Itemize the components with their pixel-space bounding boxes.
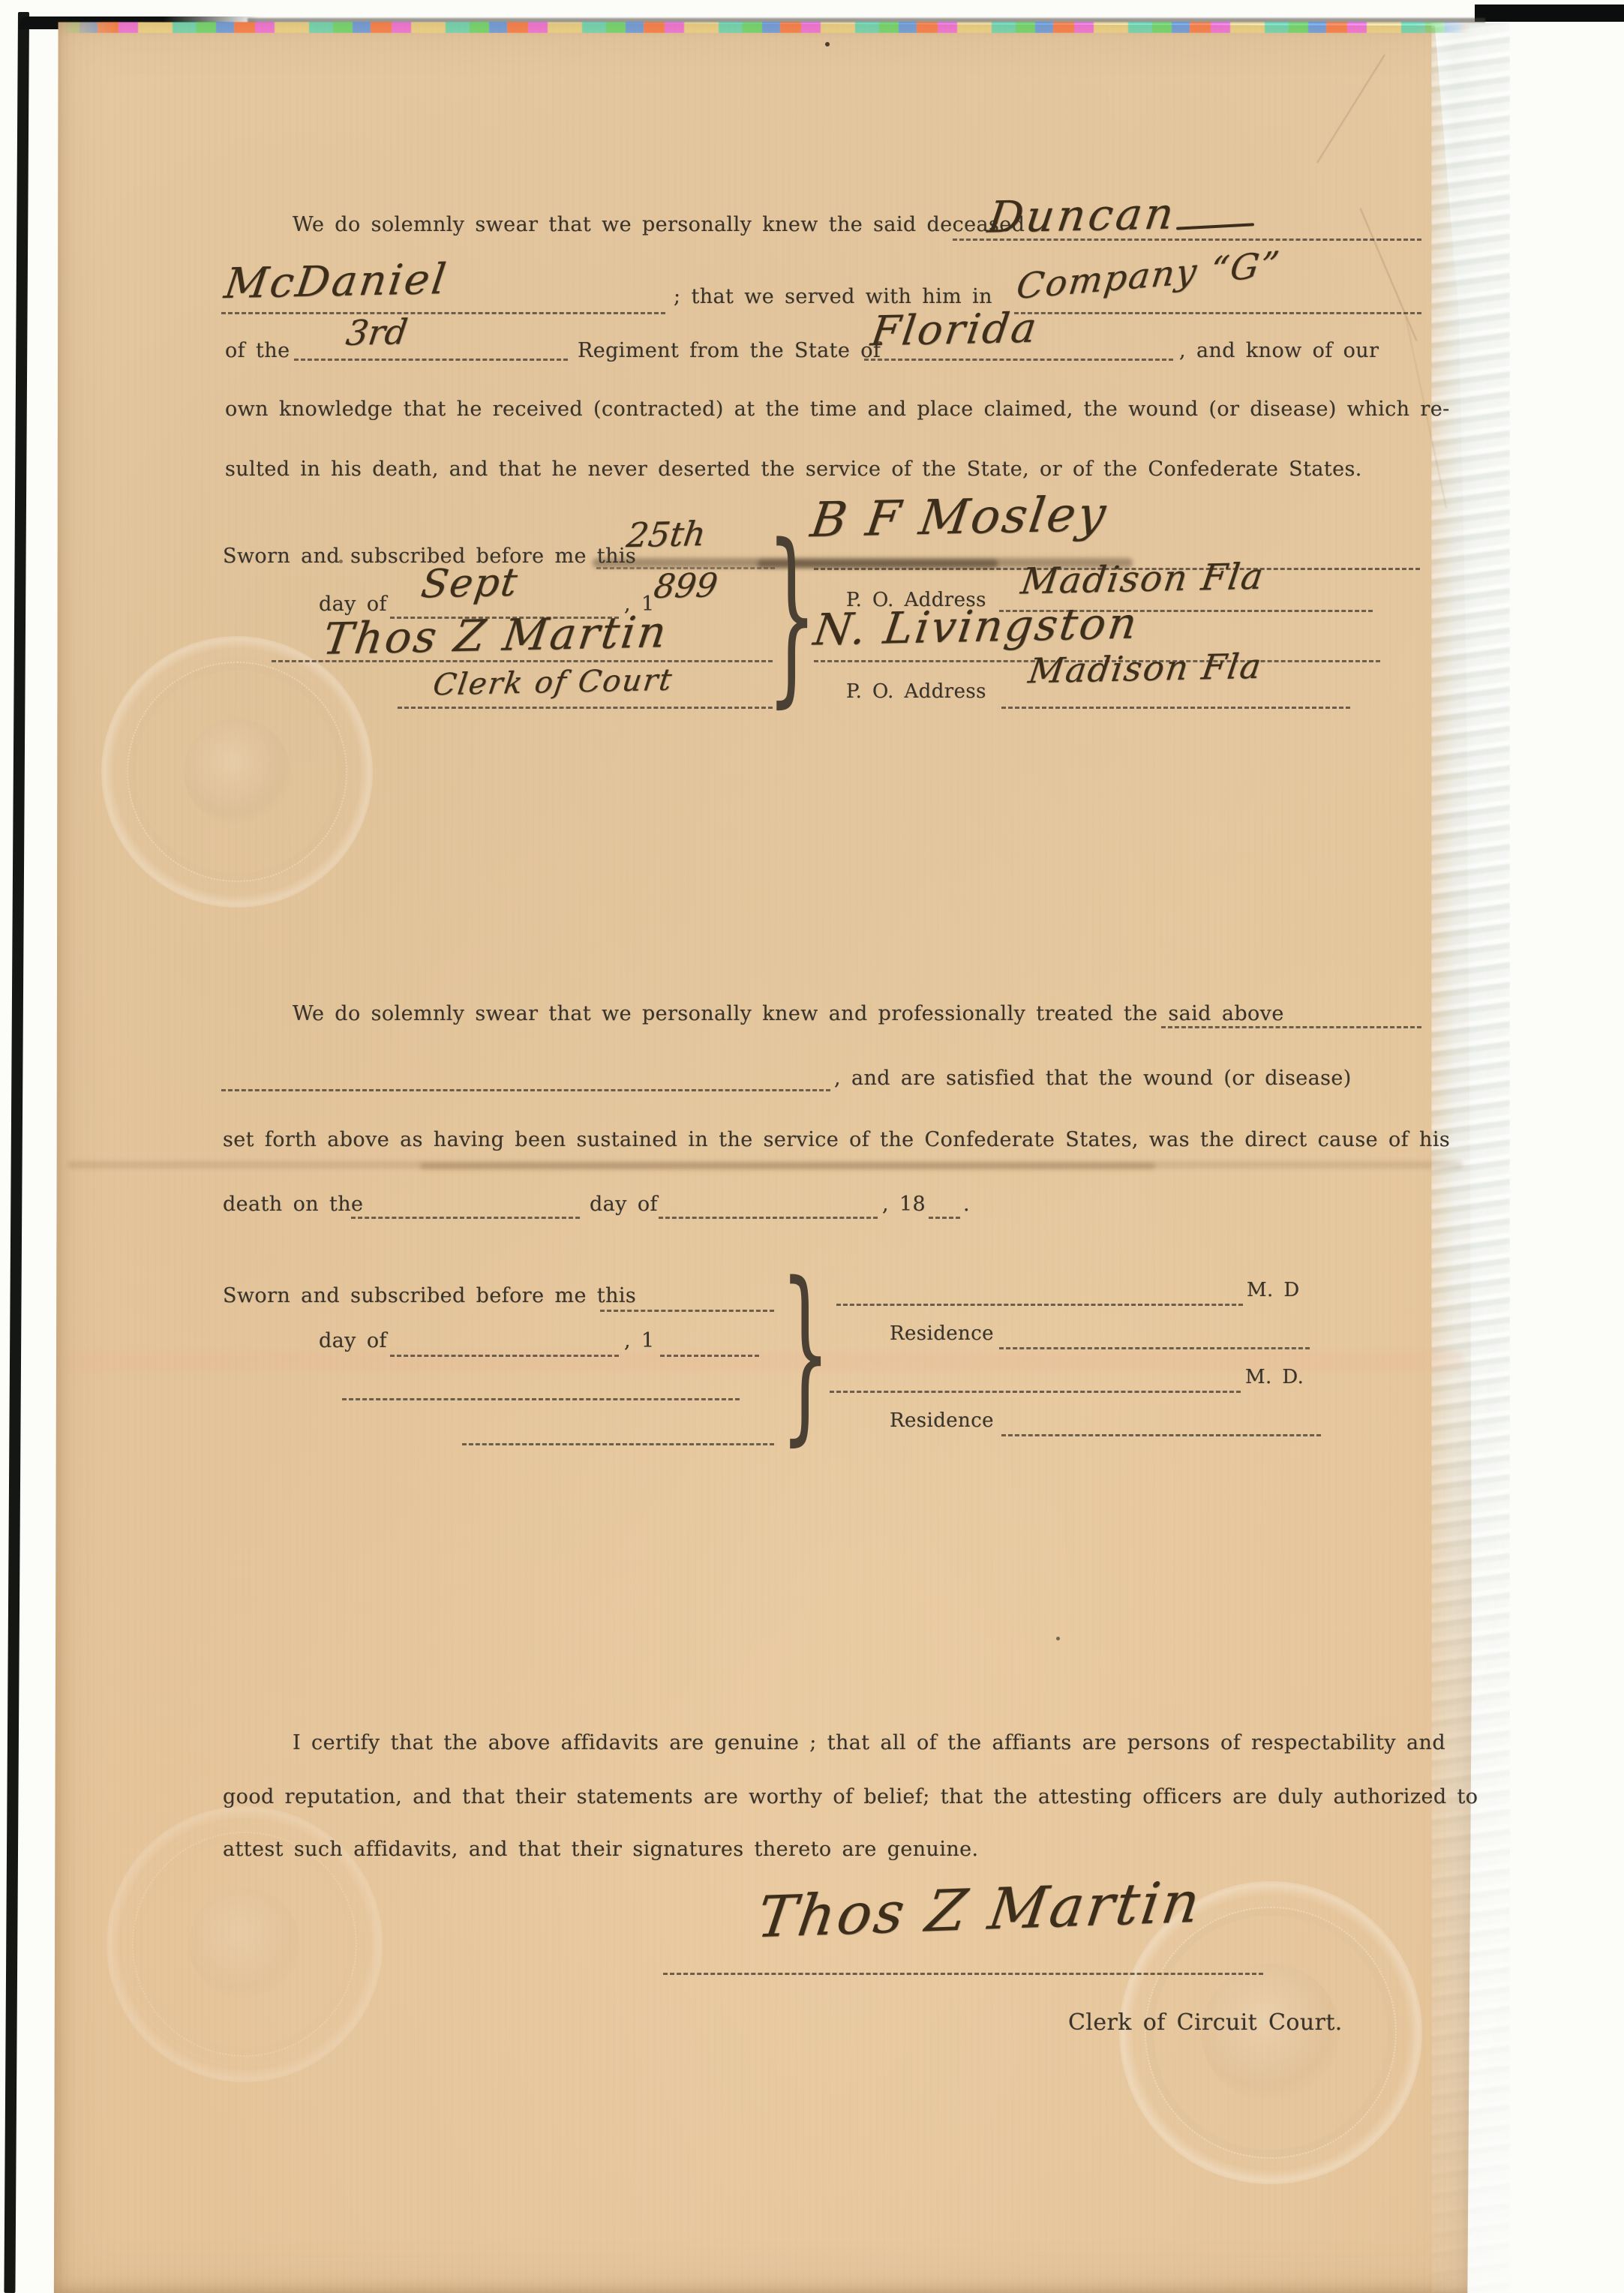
affidavit1-line3-pre: of the bbox=[225, 339, 290, 362]
blank-line bbox=[342, 1398, 740, 1400]
blank-line bbox=[659, 1217, 878, 1219]
officer-signature: Thos Z Martin bbox=[320, 610, 671, 661]
blank-line bbox=[1001, 1434, 1321, 1436]
blank-line bbox=[462, 1443, 774, 1445]
witness2-signature: N. Livingston bbox=[811, 601, 1141, 651]
blank-line bbox=[864, 359, 1173, 361]
jurat2-sworn-line: Sworn and subscribed before me this bbox=[223, 1284, 636, 1307]
md2-label: M. D. bbox=[1245, 1367, 1304, 1389]
affidavit2-line2: , and are satisfied that the wound (or d… bbox=[834, 1067, 1352, 1090]
certification-line1: I certify that the above affidavits are … bbox=[293, 1731, 1445, 1754]
blank-line bbox=[999, 1347, 1310, 1349]
affidavit1-line1: We do solemnly swear that we personally … bbox=[293, 213, 1025, 236]
scanned-affidavit-page: We do solemnly swear that we personally … bbox=[0, 0, 1624, 2293]
jurat2-year-print: , 1 bbox=[624, 1329, 655, 1352]
ink-speck bbox=[825, 42, 830, 47]
jurat2-dayof: day of bbox=[319, 1329, 387, 1352]
affidavit1-line3-mid: Regiment from the State of bbox=[578, 339, 881, 362]
jurat2-brace: } bbox=[780, 1272, 830, 1435]
clerk-title: Clerk of Circuit Court. bbox=[1068, 2010, 1343, 2036]
day-number-handwriting: 25th bbox=[625, 517, 708, 552]
blank-line bbox=[1161, 1026, 1421, 1028]
year-handwriting: 899 bbox=[652, 569, 719, 604]
month-handwriting: Sept bbox=[419, 563, 521, 605]
clerk-signature: Thos Z Martin bbox=[754, 1874, 1205, 1946]
blank-line bbox=[600, 1310, 774, 1312]
blank-line bbox=[953, 239, 1421, 241]
affidavit2-line4-year: , 18 bbox=[882, 1193, 926, 1216]
affidavit2-line1: We do solemnly swear that we personally … bbox=[293, 1002, 1284, 1025]
md1-label: M. D bbox=[1247, 1280, 1300, 1302]
po-address2-label: P. O. Address bbox=[846, 681, 986, 704]
blank-line bbox=[1014, 312, 1421, 314]
regiment-number-handwriting: 3rd bbox=[344, 314, 410, 350]
blank-line bbox=[398, 707, 773, 709]
witness1-signature: B F Mosley bbox=[808, 491, 1111, 545]
blank-line bbox=[351, 1217, 580, 1219]
blank-line bbox=[272, 660, 773, 662]
jurat1-brace: } bbox=[767, 534, 817, 697]
affidavit2-line4-period: . bbox=[963, 1193, 970, 1216]
blank-line bbox=[1001, 707, 1350, 709]
residence1-label: Residence bbox=[890, 1323, 994, 1346]
scanner-backing-top-right-bar bbox=[1475, 5, 1624, 22]
residence2-label: Residence bbox=[890, 1410, 994, 1433]
certification-line3: attest such affidavits, and that their s… bbox=[223, 1838, 979, 1861]
blank-line bbox=[294, 359, 568, 361]
affidavit1-line3-post: , and know of our bbox=[1179, 339, 1379, 362]
blank-line bbox=[830, 1391, 1241, 1393]
po-address2-handwriting: Madison Fla bbox=[1026, 649, 1265, 688]
affidavit2-line4-mid: day of bbox=[590, 1193, 658, 1216]
officer-title-handwriting: Clerk of Court bbox=[431, 665, 675, 701]
certification-line2: good reputation, and that their statemen… bbox=[223, 1785, 1478, 1808]
affidavit2-line4-pre: death on the bbox=[223, 1193, 363, 1216]
deceased-first-name-handwriting: Duncan bbox=[986, 191, 1179, 239]
blank-line bbox=[660, 1355, 759, 1357]
deceased-last-name-handwriting: McDaniel bbox=[222, 259, 451, 305]
blank-line bbox=[836, 1304, 1243, 1306]
blank-line bbox=[929, 1217, 960, 1219]
po-address1-handwriting: Madison Fla bbox=[1019, 559, 1266, 600]
blank-line bbox=[663, 1973, 1263, 1975]
ink-speck bbox=[1056, 1637, 1060, 1640]
affidavit1-line4: own knowledge that he received (contract… bbox=[225, 398, 1450, 421]
scan-glint-artifact bbox=[60, 22, 1470, 33]
blank-line bbox=[390, 1355, 619, 1357]
affidavit1-line5: sulted in his death, and that he never d… bbox=[225, 458, 1362, 481]
fold-stain bbox=[420, 1163, 1155, 1169]
blank-line bbox=[221, 1089, 830, 1091]
scanner-backing-left-bar bbox=[4, 12, 29, 2293]
blank-line bbox=[221, 312, 665, 314]
affidavit2-line3: set forth above as having been sustained… bbox=[223, 1128, 1450, 1151]
plastic-sleeve-edge bbox=[1431, 23, 1510, 2293]
state-handwriting: Florida bbox=[869, 308, 1041, 353]
